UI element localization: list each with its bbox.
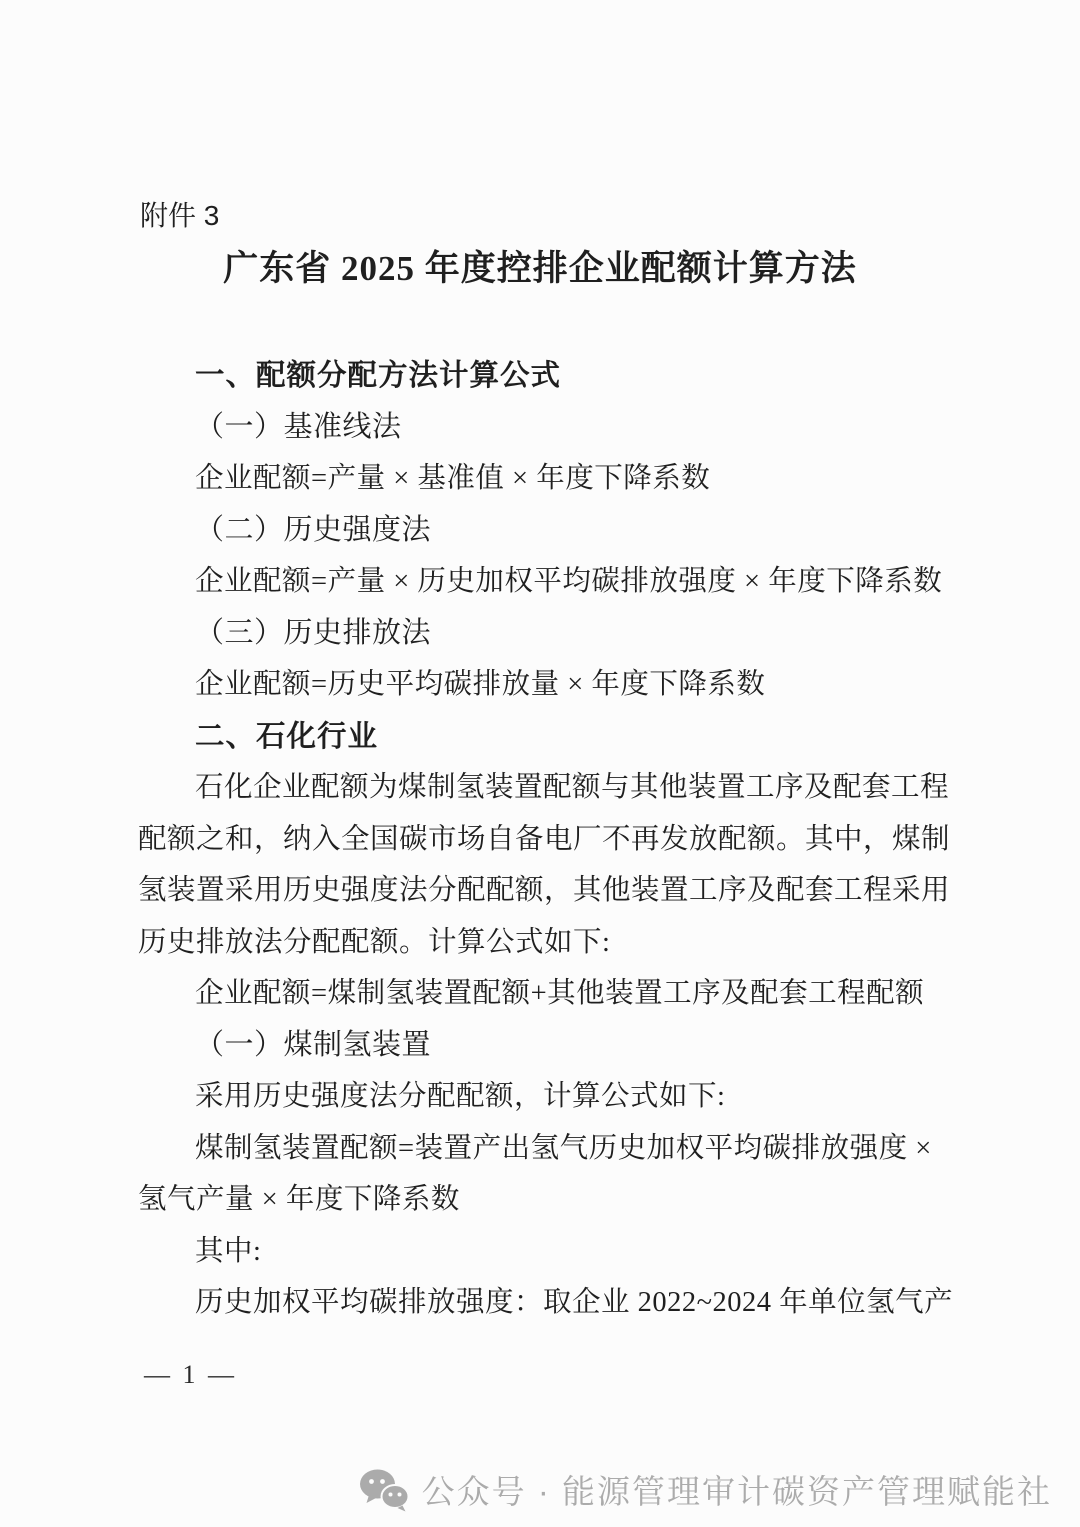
document-line: （一）基准线法 (138, 402, 950, 454)
document-lines: 一、配额分配方法计算公式（一）基准线法企业配额=产量 × 基准值 × 年度下降系… (138, 350, 950, 1329)
document-line: 采用历史强度法分配配额，计算公式如下: (138, 1071, 950, 1123)
attachment-label: 附件 3 (140, 194, 219, 234)
document-line: 企业配额=产量 × 基准值 × 年度下降系数 (138, 453, 950, 505)
document-line: （三）历史排放法 (138, 608, 950, 660)
document-line: （一）煤制氢装置 (138, 1020, 950, 1072)
document-line: 企业配额=产量 × 历史加权平均碳排放强度 × 年度下降系数 (138, 556, 950, 608)
document-line: 氢装置采用历史强度法分配配额，其他装置工序及配套工程采用 (138, 865, 950, 917)
document-line: 历史排放法分配配额。计算公式如下: (138, 917, 950, 969)
document-line: 其中: (138, 1226, 950, 1278)
document-title: 广东省 2025 年度控排企业配额计算方法 (0, 241, 1080, 291)
document-line: 一、配额分配方法计算公式 (138, 350, 950, 402)
document-line: 氢气产量 × 年度下降系数 (138, 1174, 950, 1226)
document-line: 历史加权平均碳排放强度：取企业 2022~2024 年单位氢气产 (138, 1277, 950, 1329)
document-line: 石化企业配额为煤制氢装置配额与其他装置工序及配套工程 (138, 762, 950, 814)
document-line: 配额之和，纳入全国碳市场自备电厂不再发放配额。其中，煤制 (138, 814, 950, 866)
document-line: 企业配额=历史平均碳排放量 × 年度下降系数 (138, 659, 950, 711)
document-page: 附件 3 广东省 2025 年度控排企业配额计算方法 一、配额分配方法计算公式（… (0, 0, 1080, 1527)
document-line: 企业配额=煤制氢装置配额+其他装置工序及配套工程配额 (138, 968, 950, 1020)
document-line: （二）历史强度法 (138, 505, 950, 557)
page-number: — 1 — (144, 1360, 237, 1390)
document-line: 二、石化行业 (138, 711, 950, 763)
wechat-icon (359, 1468, 409, 1512)
watermark-text: 公众号 · 能源管理审计碳资产管理赋能社 (422, 1466, 1052, 1513)
document-line: 煤制氢装置配额=装置产出氢气历史加权平均碳排放强度 × (138, 1123, 950, 1175)
watermark-bar: 公众号 · 能源管理审计碳资产管理赋能社 (359, 1466, 1052, 1513)
